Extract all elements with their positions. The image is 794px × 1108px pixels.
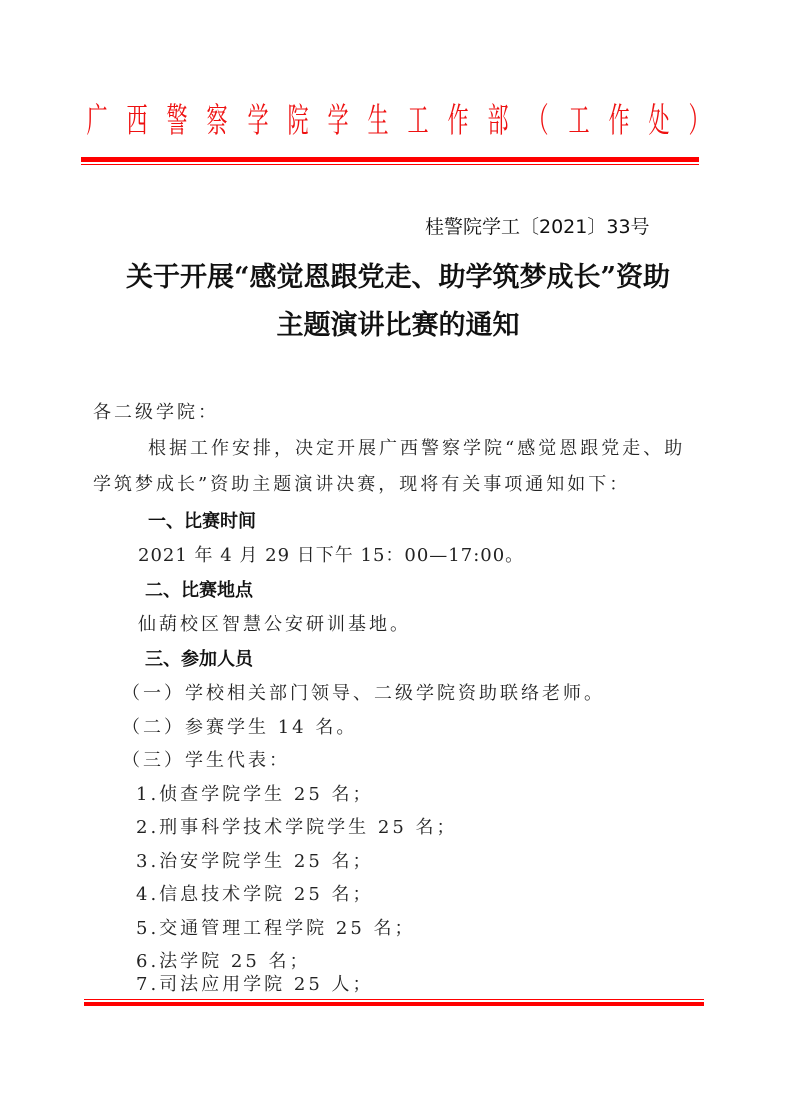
participant-item: （二）参赛学生 14 名。 — [122, 713, 357, 739]
masthead-char: 部 — [488, 93, 509, 142]
masthead-char: 广 — [86, 93, 107, 142]
masthead-char: 作 — [448, 93, 469, 142]
section-content-time: 2021 年 4 月 29 日下午 15：00—17:00。 — [138, 541, 524, 567]
footer-rule-thick — [84, 1002, 704, 1006]
masthead-char: 警 — [167, 93, 188, 142]
masthead-char: 工 — [568, 93, 589, 142]
masthead-char: 处 — [648, 93, 669, 142]
section-heading-participants: 三、参加人员 — [145, 645, 253, 671]
footer-rule-thin — [84, 999, 704, 1000]
masthead-org-name: 广 西 警 察 学 院 学 生 工 作 部 （ 工 作 处 ） — [80, 92, 716, 142]
header-rule-thin — [81, 164, 699, 165]
header-rule-thick — [81, 157, 699, 162]
masthead-char: 工 — [407, 93, 428, 142]
student-rep-item: 2.刑事科学技术学院学生 25 名； — [136, 813, 458, 839]
section-content-location: 仙葫校区智慧公安研训基地。 — [138, 610, 411, 636]
document-number: 桂警院学工〔2021〕33号 — [425, 212, 650, 239]
intro-line-1: 根据工作安排，决定开展广西警察学院“感觉恩跟党走、助 — [148, 434, 685, 460]
masthead-char: 学 — [327, 93, 348, 142]
section-heading-location: 二、比赛地点 — [145, 576, 253, 602]
masthead-char: 察 — [207, 93, 228, 142]
masthead-char: 西 — [127, 93, 148, 142]
participant-item: （三）学生代表： — [122, 746, 290, 772]
student-rep-item: 7.司法应用学院 25 人； — [136, 970, 374, 996]
masthead-char: 生 — [367, 93, 388, 142]
participant-item: （一）学校相关部门领导、二级学院资助联络老师。 — [122, 679, 605, 705]
masthead-char: 学 — [247, 93, 268, 142]
document-title-line-2: 主题演讲比赛的通知 — [80, 303, 716, 342]
student-rep-item: 1.侦查学院学生 25 名； — [136, 780, 374, 806]
masthead-char: ） — [688, 93, 709, 142]
salutation: 各二级学院： — [93, 398, 219, 424]
masthead-char: 作 — [608, 93, 629, 142]
section-heading-time: 一、比赛时间 — [148, 507, 256, 533]
document-title-line-1: 关于开展“感觉恩跟党走、助学筑梦成长”资助 — [80, 255, 716, 294]
student-rep-item: 3.治安学院学生 25 名； — [136, 847, 374, 873]
intro-line-2: 学筑梦成长”资助主题演讲决赛，现将有关事项通知如下： — [93, 470, 630, 496]
masthead-char: （ — [528, 93, 549, 142]
student-rep-item: 4.信息技术学院 25 名； — [136, 880, 374, 906]
student-rep-item: 5.交通管理工程学院 25 名； — [136, 914, 416, 940]
masthead-char: 院 — [287, 93, 308, 142]
